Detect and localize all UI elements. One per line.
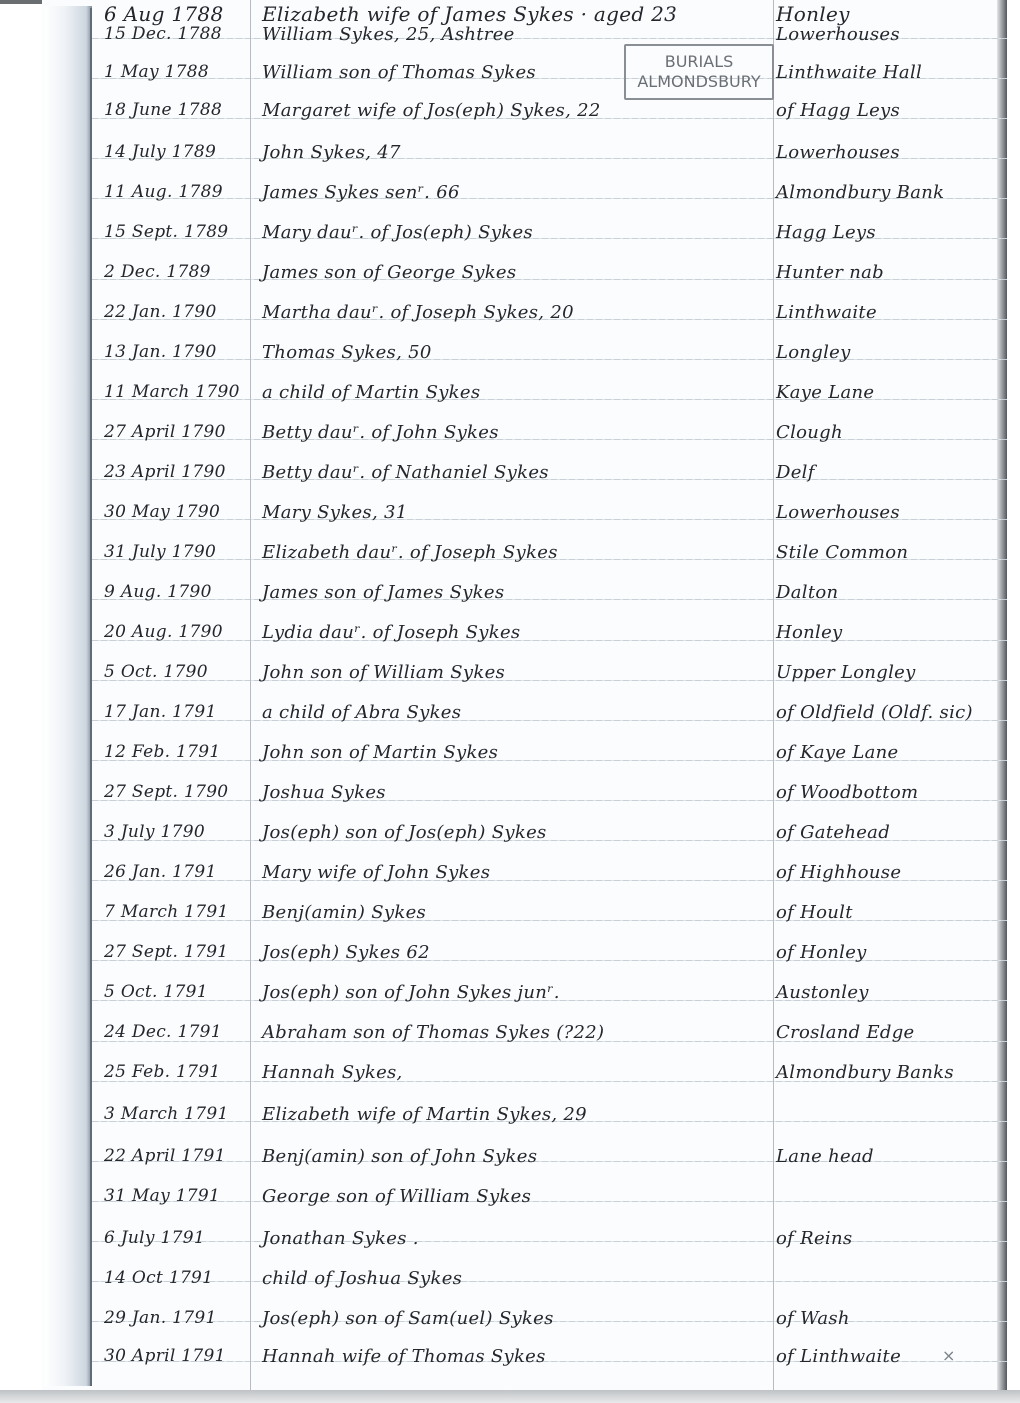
entry-date: 27 April 1790 <box>104 422 226 442</box>
entry-date: 22 Jan. 1790 <box>104 302 217 322</box>
entry-place: Longley <box>776 342 851 363</box>
entry-name: Lydia dauʳ. of Joseph Sykes <box>262 622 520 643</box>
entry-date: 14 July 1789 <box>104 142 216 162</box>
entry-place: Clough <box>776 422 843 443</box>
ruled-line <box>92 359 1007 360</box>
entry-place: of Honley <box>776 942 867 963</box>
entry-name: Elizabeth wife of James Sykes · aged 23 <box>262 2 677 26</box>
entry-name: Abraham son of Thomas Sykes (?22) <box>262 1022 604 1043</box>
section-label-box: BURIALS ALMONDSBURY <box>624 44 774 100</box>
entry-place: Kaye Lane <box>776 382 874 403</box>
entry-place: Lowerhouses <box>776 502 900 523</box>
entry-name: Mary dauʳ. of Jos(eph) Sykes <box>262 222 533 243</box>
entry-date: 3 March 1791 <box>104 1104 229 1124</box>
entry-name: Martha dauʳ. of Joseph Sykes, 20 <box>262 302 574 323</box>
entry-place: of Kaye Lane <box>776 742 898 763</box>
entry-place: of Wash <box>776 1308 850 1329</box>
page-edge-shadow <box>997 0 1007 1390</box>
entry-place: of Linthwaite <box>776 1346 901 1367</box>
entry-place: Almondbury Banks <box>776 1062 954 1083</box>
entry-date: 15 Dec. 1788 <box>104 24 222 44</box>
ruled-line <box>92 1281 1007 1282</box>
entry-date: 7 March 1791 <box>104 902 229 922</box>
entry-place: Honley <box>776 622 843 643</box>
entry-name: Betty dauʳ. of Nathaniel Sykes <box>262 462 549 483</box>
entry-date: 11 March 1790 <box>104 382 240 402</box>
ruled-line <box>92 960 1007 961</box>
entry-name: James Sykes senʳ. 66 <box>262 182 460 203</box>
entry-date: 12 Feb. 1791 <box>104 742 221 762</box>
entry-date: 27 Sept. 1791 <box>104 942 228 962</box>
label-almondsbury: ALMONDSBURY <box>626 72 772 92</box>
entry-place: Honley <box>776 2 850 26</box>
entry-name: Betty dauʳ. of John Sykes <box>262 422 499 443</box>
entry-name: Elizabeth wife of Martin Sykes, 29 <box>262 1104 587 1125</box>
entry-name: Mary Sykes, 31 <box>262 502 408 523</box>
entry-date: 20 Aug. 1790 <box>104 622 223 642</box>
entry-place: Delf <box>776 462 815 483</box>
entry-date: 13 Jan. 1790 <box>104 342 217 362</box>
entry-place: of Woodbottom <box>776 782 918 803</box>
entry-date: 15 Sept. 1789 <box>104 222 228 242</box>
entry-place: Almondbury Bank <box>776 182 944 203</box>
entry-name: Mary wife of John Sykes <box>262 862 490 883</box>
entry-date: 1 May 1788 <box>104 62 209 82</box>
entry-date: 3 July 1790 <box>104 822 205 842</box>
entry-name: Jos(eph) son of Sam(uel) Sykes <box>262 1308 554 1329</box>
entry-name: John Sykes, 47 <box>262 142 401 163</box>
entry-name: a child of Martin Sykes <box>262 382 480 403</box>
entry-place: of Hagg Leys <box>776 100 900 121</box>
place-column-divider <box>773 0 774 1390</box>
ruled-line <box>92 1241 1007 1242</box>
entry-place: Hunter nab <box>776 262 884 283</box>
entry-place: of Hoult <box>776 902 853 923</box>
entry-place: Austonley <box>776 982 869 1003</box>
entry-name: William Sykes, 25, Ashtree <box>262 24 515 45</box>
entry-date: 2 Dec. 1789 <box>104 262 211 282</box>
entry-place: of Oldfield (Oldf. sic) <box>776 702 973 723</box>
entry-date: 26 Jan. 1791 <box>104 862 217 882</box>
entry-date: 29 Jan. 1791 <box>104 1308 217 1328</box>
entry-date: 6 Aug 1788 <box>104 2 223 26</box>
margin-cross-mark: × <box>942 1346 955 1365</box>
entry-date: 22 April 1791 <box>104 1146 226 1166</box>
entry-name: Joshua Sykes <box>262 782 386 803</box>
entry-date: 17 Jan. 1791 <box>104 702 217 722</box>
entry-name: George son of William Sykes <box>262 1186 531 1207</box>
entry-date: 6 July 1791 <box>104 1228 205 1248</box>
notebook-binding <box>44 6 92 1386</box>
entry-name: Jos(eph) son of Jos(eph) Sykes <box>262 822 547 843</box>
entry-date: 30 May 1790 <box>104 502 220 522</box>
entry-name: James son of George Sykes <box>262 262 516 283</box>
ruled-line <box>92 439 1007 440</box>
entry-name: James son of James Sykes <box>262 582 504 603</box>
entry-date: 14 Oct 1791 <box>104 1268 213 1288</box>
entry-place: of Gatehead <box>776 822 890 843</box>
entry-date: 5 Oct. 1791 <box>104 982 208 1002</box>
entry-place: Dalton <box>776 582 838 603</box>
ruled-line <box>92 640 1007 641</box>
ruled-line <box>92 1201 1007 1202</box>
entry-date: 18 June 1788 <box>104 100 222 120</box>
entry-date: 27 Sept. 1790 <box>104 782 228 802</box>
entry-name: Benj(amin) Sykes <box>262 902 426 923</box>
entry-place: Lane head <box>776 1146 874 1167</box>
ruled-line <box>92 920 1007 921</box>
entry-place: Lowerhouses <box>776 142 900 163</box>
scan-bottom-edge <box>0 1390 1020 1403</box>
binding-margin-line <box>90 8 92 1386</box>
entry-name: Thomas Sykes, 50 <box>262 342 432 363</box>
entry-date: 30 April 1791 <box>104 1346 226 1366</box>
entry-place: Hagg Leys <box>776 222 876 243</box>
entry-name: child of Joshua Sykes <box>262 1268 462 1289</box>
date-column-divider <box>250 0 251 1390</box>
entry-place: of Highhouse <box>776 862 901 883</box>
notebook-page <box>42 0 1007 1390</box>
entry-name: Margaret wife of Jos(eph) Sykes, 22 <box>262 100 601 121</box>
entry-place: Lowerhouses <box>776 24 900 45</box>
entry-place: Linthwaite Hall <box>776 62 922 83</box>
entry-name: John son of Martin Sykes <box>262 742 498 763</box>
entry-name: a child of Abra Sykes <box>262 702 461 723</box>
entry-name: William son of Thomas Sykes <box>262 62 536 83</box>
entry-name: Benj(amin) son of John Sykes <box>262 1146 537 1167</box>
entry-place: Upper Longley <box>776 662 916 683</box>
entry-date: 23 April 1790 <box>104 462 226 482</box>
entry-date: 25 Feb. 1791 <box>104 1062 221 1082</box>
entry-date: 5 Oct. 1790 <box>104 662 208 682</box>
entry-name: Elizabeth dauʳ. of Joseph Sykes <box>262 542 558 563</box>
entry-name: John son of William Sykes <box>262 662 505 683</box>
entry-place: Linthwaite <box>776 302 877 323</box>
entry-place: of Reins <box>776 1228 852 1249</box>
entry-name: Jos(eph) Sykes 62 <box>262 942 430 963</box>
entry-place: Crosland Edge <box>776 1022 915 1043</box>
entry-name: Hannah Sykes, <box>262 1062 403 1083</box>
entry-date: 11 Aug. 1789 <box>104 182 223 202</box>
scan-edge <box>0 0 42 4</box>
entry-date: 9 Aug. 1790 <box>104 582 212 602</box>
entry-date: 31 May 1791 <box>104 1186 220 1206</box>
label-burials: BURIALS <box>626 52 772 72</box>
entry-date: 31 July 1790 <box>104 542 216 562</box>
ruled-line <box>92 479 1007 480</box>
entry-place: Stile Common <box>776 542 908 563</box>
entry-date: 24 Dec. 1791 <box>104 1022 222 1042</box>
entry-name: Jonathan Sykes . <box>262 1228 419 1249</box>
entry-name: Hannah wife of Thomas Sykes <box>262 1346 546 1367</box>
ruled-line <box>92 599 1007 600</box>
entry-name: Jos(eph) son of John Sykes junʳ. <box>262 982 560 1003</box>
